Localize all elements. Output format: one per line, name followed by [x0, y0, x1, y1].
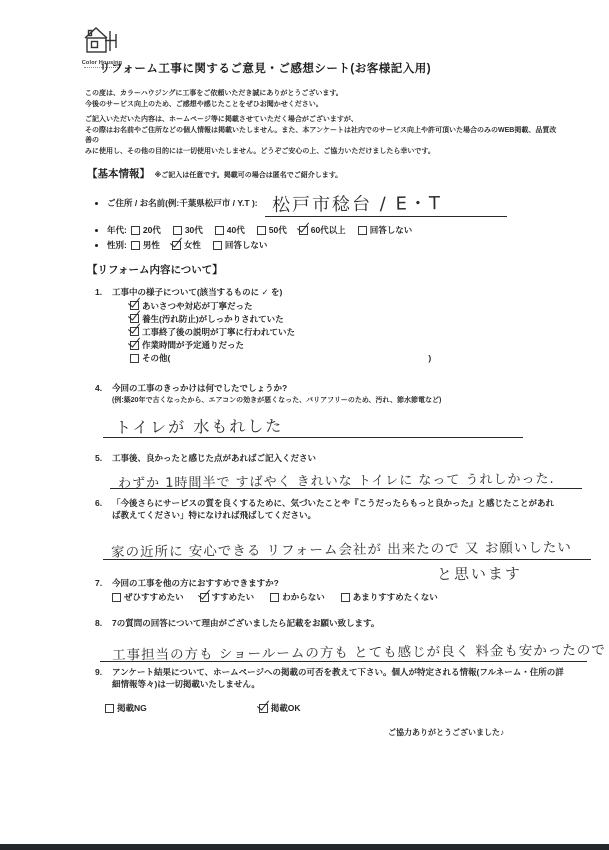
checkbox-age-no-answer — [358, 226, 367, 235]
question-4-answer-line: トイレが 水もれした — [103, 408, 523, 438]
q1-other-close-paren: ) — [428, 353, 431, 363]
question-9-number: 9. — [95, 666, 112, 690]
scan-edge-bar — [0, 844, 609, 850]
checkbox-publish-ng — [105, 704, 114, 713]
bullet-icon — [95, 244, 98, 247]
question-7-number: 7. — [95, 577, 112, 589]
basic-info-note: ※ご記入は任意です。掲載可の場合は匿名でご紹介します。 — [154, 172, 342, 179]
checkbox-q1-schedule — [130, 341, 139, 350]
checkbox-q7-definitely-recommend — [112, 593, 121, 602]
gender-label: 性別: — [107, 239, 127, 251]
question-6: 6. 「今後さらにサービスの質を良くするために、気づいたことや『こうだったらもっ… — [95, 497, 557, 521]
checkbox-q7-not-recommend — [341, 593, 350, 602]
intro-line: みに使用し、その他の目的には一切使用いたしません。どうぞご安心の上、ご協力いただ… — [85, 147, 560, 158]
q1-option-other: その他() — [130, 352, 431, 365]
age-label: 年代: — [107, 224, 127, 236]
q7-option-label: すすめたい — [212, 591, 255, 603]
question-4-text: 今回の工事のきっかけは何でしたでしょうか? — [112, 382, 565, 394]
bullet-icon — [95, 202, 98, 205]
checkbox-q7-not-sure — [270, 593, 279, 602]
gender-option-label: 女性 — [184, 239, 201, 251]
question-6-answer-handwritten: 家の近所に 安心できる リフォーム会社が 出来たので 又 お願いしたい — [111, 535, 591, 560]
question-4-example: (例:築20年で古くなったから、エアコンの効きが悪くなった、バリアフリーのため、… — [112, 395, 441, 405]
thanks-message: ご協力ありがとうございました♪ — [388, 727, 504, 738]
q1-option-label: 作業時間が予定通りだった — [142, 339, 244, 351]
gender-option-female: 女性 — [172, 239, 201, 251]
q1-option-protection: 養生(汚れ防止)がしっかりされていた — [130, 312, 431, 325]
checkbox-age-40s — [215, 226, 224, 235]
age-option-label: 60代以上 — [311, 224, 346, 236]
q7-option-not-sure: わからない — [270, 591, 325, 603]
q1-option-explanation: 工事終了後の説明が丁寧に行われていた — [130, 325, 431, 338]
checkbox-gender-no-answer — [213, 241, 222, 250]
address-name-row: ご住所 / お名前(例:千葉県松戸市 / Y.T ): — [95, 197, 258, 209]
intro-paragraph-1: この度は、カラーハウジングに工事をご依頼いただき誠にありがとうございます。 今後… — [85, 88, 343, 110]
question-8-text: 7の質問の回答について理由がございましたら記載をお願い致します。 — [112, 617, 565, 629]
checkbox-q1-other — [130, 354, 139, 363]
address-name-label: ご住所 / お名前(例:千葉県松戸市 / Y.T ): — [107, 197, 258, 209]
age-option-50s: 50代 — [257, 224, 287, 236]
q9-option-publish-ng: 掲載NG — [105, 702, 147, 714]
question-8: 8. 7の質問の回答について理由がございましたら記載をお願い致します。 — [95, 617, 565, 629]
gender-option-no-answer: 回答しない — [213, 239, 268, 251]
question-7-text: 今回の工事を他の方におすすめできますか? — [112, 577, 565, 589]
gender-option-male: 男性 — [131, 239, 160, 251]
intro-line: この度は、カラーハウジングに工事をご依頼いただき誠にありがとうございます。 — [85, 88, 343, 99]
q7-option-label: あまりすすめたくない — [353, 591, 438, 603]
question-6-answer-line: 家の近所に 安心できる リフォーム会社が 出来たので 又 お願いしたい — [103, 530, 591, 560]
q7-option-label: ぜひすすめたい — [124, 591, 184, 603]
checkbox-q7-recommend — [200, 593, 209, 602]
question-9-options: 掲載NG 掲載OK — [105, 702, 313, 714]
age-row: 年代: 20代 30代 40代 50代 60代以上 回答しない — [95, 224, 424, 236]
question-4-answer-handwritten: トイレが 水もれした — [115, 411, 523, 438]
question-8-number: 8. — [95, 617, 112, 629]
q1-option-schedule: 作業時間が予定通りだった — [130, 339, 431, 352]
question-8-answer-line: 工事担当の方も ショールームの方も とても感じが良く 料金も安かったので — [100, 633, 587, 662]
basic-info-heading-text: 【基本情報】 — [87, 168, 150, 180]
intro-paragraph-2: ご記入いただいた内容は、ホームページ等に掲載させていただく場合がございますが、 … — [85, 115, 560, 157]
q7-option-recommend: すすめたい — [200, 591, 255, 603]
age-option-no-answer: 回答しない — [358, 224, 413, 236]
question-1: 1. 工事中の様子について(該当するものに ✓ を) — [95, 286, 565, 298]
q7-option-label: わからない — [282, 591, 325, 603]
house-logo-icon — [82, 26, 122, 54]
question-9-text: アンケート結果について、ホームページへの掲載の可否を教えて下さい。個人が特定され… — [112, 666, 565, 690]
basic-info-heading: 【基本情報】 ※ご記入は任意です。掲載可の場合は匿名でご紹介します。 — [87, 164, 342, 182]
checkbox-gender-female — [172, 241, 181, 250]
checkbox-age-20s — [131, 226, 140, 235]
reform-section-heading: 【リフォーム内容について】 — [87, 262, 223, 277]
question-5-answer-line: わずか 1時間半で すばやく きれいな トイレに なって うれしかった. — [110, 462, 582, 489]
question-7-options: ぜひすすめたい すすめたい わからない あまりすすめたくない — [112, 591, 450, 603]
question-1-number: 1. — [95, 286, 112, 298]
question-6-number: 6. — [95, 497, 112, 521]
age-option-label: 40代 — [227, 224, 245, 236]
checkbox-age-60s-plus — [299, 226, 308, 235]
q1-option-label: 養生(汚れ防止)がしっかりされていた — [142, 313, 284, 325]
age-option-20s: 20代 — [131, 224, 161, 236]
age-option-label: 20代 — [143, 224, 161, 236]
gender-option-label: 男性 — [143, 239, 160, 251]
question-4-number: 4. — [95, 382, 112, 394]
intro-line: その際はお名前やご住所などの個人情報は掲載いたしません。また、本アンケートは社内… — [85, 126, 560, 147]
question-6-text: 「今後さらにサービスの質を良くするために、気づいたことや『こうだったらもっと良か… — [112, 497, 557, 521]
age-option-40s: 40代 — [215, 224, 245, 236]
q9-option-label: 掲載OK — [271, 702, 301, 714]
intro-line: 今後のサービス向上のため、ご感想や感じたことをぜひお聞かせください。 — [85, 99, 343, 110]
q1-option-label: 工事終了後の説明が丁寧に行われていた — [142, 326, 295, 338]
age-option-label: 回答しない — [370, 224, 413, 236]
age-option-label: 50代 — [269, 224, 287, 236]
checkbox-publish-ok — [259, 704, 268, 713]
q1-option-label: あいさつや対応が丁寧だった — [142, 300, 253, 312]
q9-option-label: 掲載NG — [117, 702, 147, 714]
age-option-60s-plus: 60代以上 — [299, 224, 346, 236]
q9-option-publish-ok: 掲載OK — [259, 702, 301, 714]
gender-row: 性別: 男性 女性 回答しない — [95, 239, 279, 251]
q7-option-not-recommend: あまりすすめたくない — [341, 591, 438, 603]
q1-option-label: その他( — [142, 352, 170, 364]
gender-option-label: 回答しない — [225, 239, 268, 251]
page-title: リフォーム工事に関するご意見・ご感想シート(お客様記入用) — [99, 60, 431, 76]
checkbox-age-30s — [173, 226, 182, 235]
q1-option-greeting: あいさつや対応が丁寧だった — [130, 299, 431, 312]
scanned-feedback-sheet: Color Housing リフォーム工事に関するご意見・ご感想シート(お客様記… — [0, 0, 609, 850]
q7-option-definitely-recommend: ぜひすすめたい — [112, 591, 184, 603]
question-4: 4. 今回の工事のきっかけは何でしたでしょうか? — [95, 382, 565, 394]
question-7: 7. 今回の工事を他の方におすすめできますか? — [95, 577, 565, 589]
question-1-text: 工事中の様子について(該当するものに ✓ を) — [112, 286, 565, 298]
bullet-icon — [95, 229, 98, 232]
checkbox-gender-male — [131, 241, 140, 250]
intro-line: ご記入いただいた内容は、ホームページ等に掲載させていただく場合がございますが、 — [85, 115, 560, 126]
checkbox-age-50s — [257, 226, 266, 235]
question-1-options: あいさつや対応が丁寧だった 養生(汚れ防止)がしっかりされていた 工事終了後の説… — [130, 299, 431, 365]
question-9: 9. アンケート結果について、ホームページへの掲載の可否を教えて下さい。個人が特… — [95, 666, 565, 690]
address-name-underline — [265, 192, 507, 217]
question-8-answer-handwritten: 工事担当の方も ショールームの方も とても感じが良く 料金も安かったので — [112, 639, 587, 664]
age-option-label: 30代 — [185, 224, 203, 236]
question-5-answer-handwritten: わずか 1時間半で すばやく きれいな トイレに なって うれしかった. — [118, 468, 582, 492]
